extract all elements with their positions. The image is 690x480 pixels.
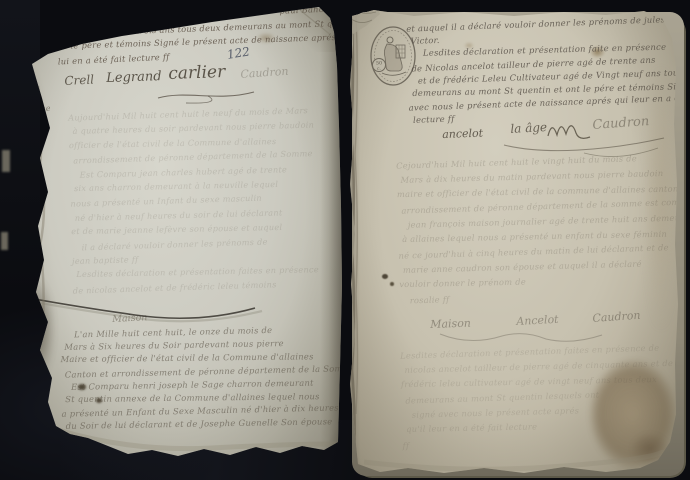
stain bbox=[14, 274, 56, 386]
margin-note-maison: Maison bbox=[112, 312, 148, 325]
signature-caudron-2: Caudron bbox=[592, 309, 641, 325]
stamp-denomination: 50 bbox=[376, 61, 382, 67]
faded-witness-text: Lesdites déclaration et présentation fai… bbox=[400, 341, 675, 453]
signature-faded: Caudron bbox=[240, 65, 289, 81]
torn-paper-sliver bbox=[2, 150, 10, 172]
faded-act-text: Aujourd'hui Mil huit cent huit le neuf d… bbox=[68, 103, 337, 297]
signature-legrand: Legrand bbox=[106, 69, 162, 86]
signature-lesage: la âge bbox=[510, 120, 547, 136]
signature-carlier: carlier bbox=[168, 62, 226, 84]
faded-act-text: Cejourd'hui Mil huit cent huit le vingt … bbox=[396, 151, 678, 308]
stain bbox=[10, 62, 44, 182]
signature-ancelot: ancelot bbox=[442, 127, 483, 141]
signature-caudron: Caudron bbox=[592, 114, 650, 133]
act-text-jules-victor: et auquel il a déclaré vouloir donner le… bbox=[406, 14, 679, 128]
stamp-unit: c. bbox=[377, 67, 382, 72]
ink-speck bbox=[390, 282, 394, 286]
signature-ancelot-2: Ancelot bbox=[516, 313, 559, 328]
birth-act-text: L'an Mille huit cent huit, le onze du mo… bbox=[60, 323, 342, 433]
left-page: Ménager agé de cinquante cinq ans, et de… bbox=[12, 6, 342, 458]
torn-paper-sliver bbox=[1, 232, 8, 250]
right-page: 123 50 c. et auquel il a déclaré vouloir… bbox=[344, 4, 680, 476]
signature-crell: Crell bbox=[64, 72, 94, 88]
margin-note-3eme: 3ème bbox=[28, 104, 51, 115]
act-closing-text: Ménager agé de cinquante cinq ans, et de… bbox=[52, 3, 334, 68]
ink-speck bbox=[382, 274, 388, 279]
signature-maison: Maison bbox=[430, 317, 471, 331]
register-scan-viewport: Ménager agé de cinquante cinq ans, et de… bbox=[0, 0, 690, 480]
